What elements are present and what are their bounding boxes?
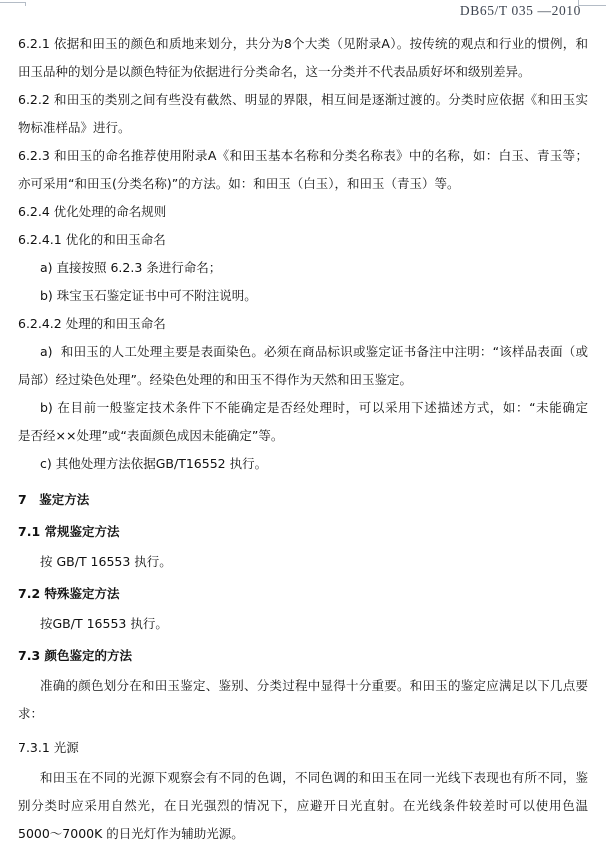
item-b-optimized-line-1: b) 珠宝玉石鉴定证书中可不附注说明。 [18, 282, 588, 310]
heading-7-3-1: 7.3.1 光源 [18, 734, 588, 762]
para-6-2-1: 6.2.1 依据和田玉的颜色和质地来划分，共分为8个大类（见附录A）。按传统的观… [18, 30, 588, 86]
heading-7-line-1: 7 鉴定方法 [18, 486, 588, 514]
heading-6-2-4-line-1: 6.2.4 优化处理的命名规则 [18, 198, 588, 226]
para-7-3-line-1: 准确的颜色划分在和田玉鉴定、鉴别、分类过程中显得十分重要。和田玉的鉴定应满足以下… [18, 672, 588, 700]
item-a-treated-line-2: 局部）经过染色处理”。经染色处理的和田玉不得作为天然和田玉鉴定。 [18, 366, 588, 394]
document-body: 6.2.1 依据和田玉的颜色和质地来划分，共分为8个大类（见附录A）。按传统的观… [18, 30, 588, 848]
standard-code: DB65/T 035 —2010 [460, 3, 581, 18]
para-7-1: 按 GB/T 16553 执行。 [18, 548, 588, 576]
item-b-treated: b) 在目前一般鉴定技术条件下不能确定是否经处理时，可以采用下述描述方式，如：“… [18, 394, 588, 450]
item-a-optimized-line-1: a) 直接按照 6.2.3 条进行命名； [18, 254, 588, 282]
heading-7-2-line-1: 7.2 特殊鉴定方法 [18, 580, 588, 608]
para-7-3-1-line-1: 和田玉在不同的光源下观察会有不同的色调，不同色调的和田玉在同一光线下表现也有所不… [18, 764, 588, 792]
heading-7-3-1-line-1: 7.3.1 光源 [18, 734, 588, 762]
heading-6-2-4-1: 6.2.4.1 优化的和田玉命名 [18, 226, 588, 254]
para-6-2-3: 6.2.3 和田玉的命名推荐使用附录A《和田玉基本名称和分类名称表》中的名称，如… [18, 142, 588, 198]
item-a-treated: a) 和田玉的人工处理主要是表面染色。必须在商品标识或鉴定证书备注中注明：“该样… [18, 338, 588, 394]
heading-6-2-4: 6.2.4 优化处理的命名规则 [18, 198, 588, 226]
para-7-2-line-1: 按GB/T 16553 执行。 [18, 610, 588, 638]
item-b-treated-line-1: b) 在目前一般鉴定技术条件下不能确定是否经处理时，可以采用下述描述方式，如：“… [18, 394, 588, 422]
para-6-2-1-line-2: 田玉品种的划分是以颜色特征为依据进行分类命名，这一分类并不代表品质好坏和级别差异… [18, 58, 588, 86]
heading-7-3-line-1: 7.3 颜色鉴定的方法 [18, 642, 588, 670]
para-6-2-2-line-1: 6.2.2 和田玉的类别之间有些没有截然、明显的界限，相互间是逐渐过渡的。分类时… [18, 86, 588, 114]
para-6-2-2: 6.2.2 和田玉的类别之间有些没有截然、明显的界限，相互间是逐渐过渡的。分类时… [18, 86, 588, 142]
item-a-optimized: a) 直接按照 6.2.3 条进行命名； [18, 254, 588, 282]
para-7-3: 准确的颜色划分在和田玉鉴定、鉴别、分类过程中显得十分重要。和田玉的鉴定应满足以下… [18, 672, 588, 728]
page: { "page": { "header_code": "DB65/T 035 —… [0, 0, 606, 858]
para-6-2-3-line-2: 亦可采用“和田玉(分类名称)”的方法。如：和田玉（白玉），和田玉（青玉）等。 [18, 170, 588, 198]
heading-6-2-4-1-line-1: 6.2.4.1 优化的和田玉命名 [18, 226, 588, 254]
item-a-treated-line-1: a) 和田玉的人工处理主要是表面染色。必须在商品标识或鉴定证书备注中注明：“该样… [18, 338, 588, 366]
heading-7-1: 7.1 常规鉴定方法 [18, 518, 588, 546]
para-7-1-line-1: 按 GB/T 16553 执行。 [18, 548, 588, 576]
para-6-2-1-line-1: 6.2.1 依据和田玉的颜色和质地来划分，共分为8个大类（见附录A）。按传统的观… [18, 30, 588, 58]
item-b-optimized: b) 珠宝玉石鉴定证书中可不附注说明。 [18, 282, 588, 310]
item-b-treated-line-2: 是否经××处理”或“表面颜色成因未能确定”等。 [18, 422, 588, 450]
para-7-3-1-line-2: 别分类时应采用自然光，在日光强烈的情况下，应避开日光直射。在光线条件较差时可以使… [18, 792, 588, 820]
para-7-3-1: 和田玉在不同的光源下观察会有不同的色调，不同色调的和田玉在同一光线下表现也有所不… [18, 764, 588, 848]
page-header: DB65/T 035 —2010 [0, 3, 581, 19]
para-7-3-1-line-3: 5000～7000K 的日光灯作为辅助光源。 [18, 820, 588, 848]
heading-7: 7 鉴定方法 [18, 486, 588, 514]
page-corner-mark-top-right-horizontal [578, 5, 606, 6]
heading-7-3: 7.3 颜色鉴定的方法 [18, 642, 588, 670]
item-c-treated-line-1: c) 其他处理方法依据GB/T16552 执行。 [18, 450, 588, 478]
heading-7-2: 7.2 特殊鉴定方法 [18, 580, 588, 608]
para-7-2: 按GB/T 16553 执行。 [18, 610, 588, 638]
heading-6-2-4-2: 6.2.4.2 处理的和田玉命名 [18, 310, 588, 338]
item-c-treated: c) 其他处理方法依据GB/T16552 执行。 [18, 450, 588, 478]
heading-7-1-line-1: 7.1 常规鉴定方法 [18, 518, 588, 546]
para-6-2-3-line-1: 6.2.3 和田玉的命名推荐使用附录A《和田玉基本名称和分类名称表》中的名称，如… [18, 142, 588, 170]
heading-6-2-4-2-line-1: 6.2.4.2 处理的和田玉命名 [18, 310, 588, 338]
para-7-3-line-2: 求： [18, 700, 588, 728]
para-6-2-2-line-2: 物标准样品》进行。 [18, 114, 588, 142]
